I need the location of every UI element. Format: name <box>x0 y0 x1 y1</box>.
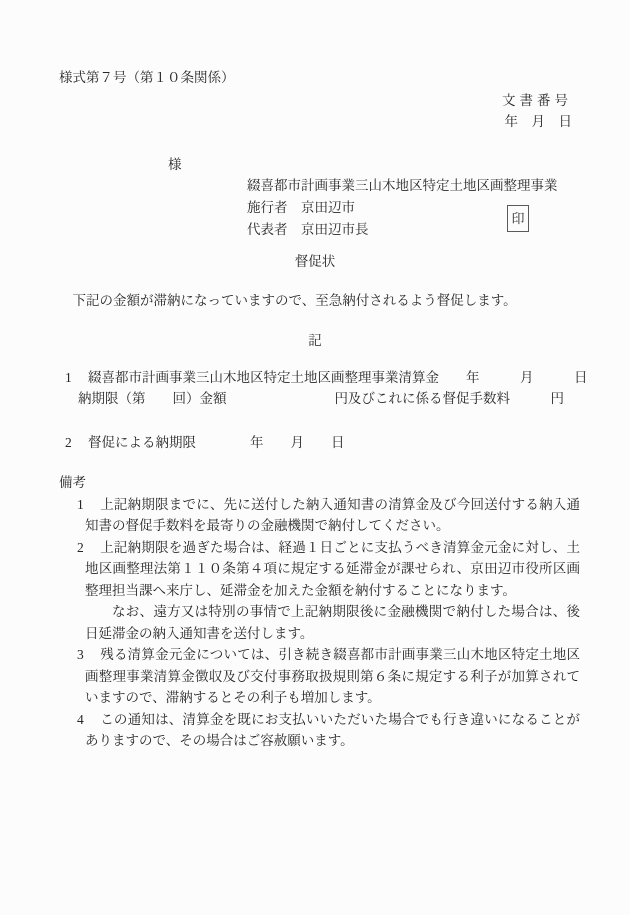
addressee-honorific: 様 <box>168 154 630 175</box>
item-1-number: 1 <box>65 367 88 389</box>
item-1-line-1: 1綴喜都市計画事業三山木地区特定土地区画整理事業清算金 年 月 日 <box>78 367 610 389</box>
note-2-text: 上記納期限を過ぎた場合は、経過１日ごとに支払うべき清算金元金に対し、土地区画整理… <box>85 540 580 598</box>
seal-box: 印 <box>507 205 529 232</box>
doc-number-block: 文書番号 年 月 日 <box>0 90 630 132</box>
remarks-label: 備考 <box>59 472 630 494</box>
item-1-line-2: 納期限（第 回）金額 円及びこれに係る督促手数料 円 <box>78 388 610 410</box>
note-2-number: 2 <box>77 537 100 559</box>
note-1-number: 1 <box>77 494 100 516</box>
item-1: 1綴喜都市計画事業三山木地区特定土地区画整理事業清算金 年 月 日 納期限（第 … <box>78 367 610 410</box>
note-1: 1上記納期限までに、先に送付した納入通知書の清算金及び今回送付する納入通知書の督… <box>85 494 580 537</box>
body-paragraph: 下記の金額が滞納になっていますので、至急納付されるよう督促します。 <box>59 290 575 312</box>
document-title: 督促状 <box>0 251 630 273</box>
sender-block: 綴喜都市計画事業三山木地区特定土地区画整理事業 施行者 京田辺市 代表者 京田辺… <box>247 175 630 241</box>
document-page: 様式第７号（第１０条関係） 文書番号 年 月 日 様 綴喜都市計画事業三山木地区… <box>0 0 630 915</box>
sender-executor: 施行者 京田辺市 <box>247 197 630 219</box>
sender-project-name: 綴喜都市計画事業三山木地区特定土地区画整理事業 <box>247 175 630 197</box>
doc-number-label: 文書番号 <box>0 90 572 111</box>
sender-representative: 代表者 京田辺市長 <box>247 219 630 241</box>
remarks-notes: 1上記納期限までに、先に送付した納入通知書の清算金及び今回送付する納入通知書の督… <box>85 494 580 752</box>
item-2-text: 督促による納期限 年 月 日 <box>88 435 345 450</box>
item-2-line: 2督促による納期限 年 月 日 <box>78 432 610 454</box>
seal-character: 印 <box>511 212 524 225</box>
note-1-text: 上記納期限までに、先に送付した納入通知書の清算金及び今回送付する納入通知書の督促… <box>85 497 580 534</box>
note-2-supplement: なお、遠方又は特別の事情で上記納期限後に金融機関で納付した場合は、後日延滞金の納… <box>85 601 580 644</box>
item-2: 2督促による納期限 年 月 日 <box>78 432 610 454</box>
item-1-line-1-text: 綴喜都市計画事業三山木地区特定土地区画整理事業清算金 年 月 日 <box>88 370 588 385</box>
doc-date-line: 年 月 日 <box>0 111 572 132</box>
note-4: 4この通知は、清算金を既にお支払いいただいた場合でも行き違いになることがあります… <box>85 709 580 752</box>
note-3-text: 残る清算金元金については、引き続き綴喜都市計画事業三山木地区特定土地区画整理事業… <box>85 647 580 705</box>
ki-heading: 記 <box>0 330 630 352</box>
note-4-number: 4 <box>77 709 100 731</box>
note-3-number: 3 <box>77 644 100 666</box>
note-4-text: この通知は、清算金を既にお支払いいただいた場合でも行き違いになることがありますの… <box>85 712 580 749</box>
form-number: 様式第７号（第１０条関係） <box>59 69 630 86</box>
note-3: 3残る清算金元金については、引き続き綴喜都市計画事業三山木地区特定土地区画整理事… <box>85 644 580 709</box>
note-2: 2上記納期限を過ぎた場合は、経過１日ごとに支払うべき清算金元金に対し、土地区画整… <box>85 537 580 602</box>
item-2-number: 2 <box>65 432 88 454</box>
